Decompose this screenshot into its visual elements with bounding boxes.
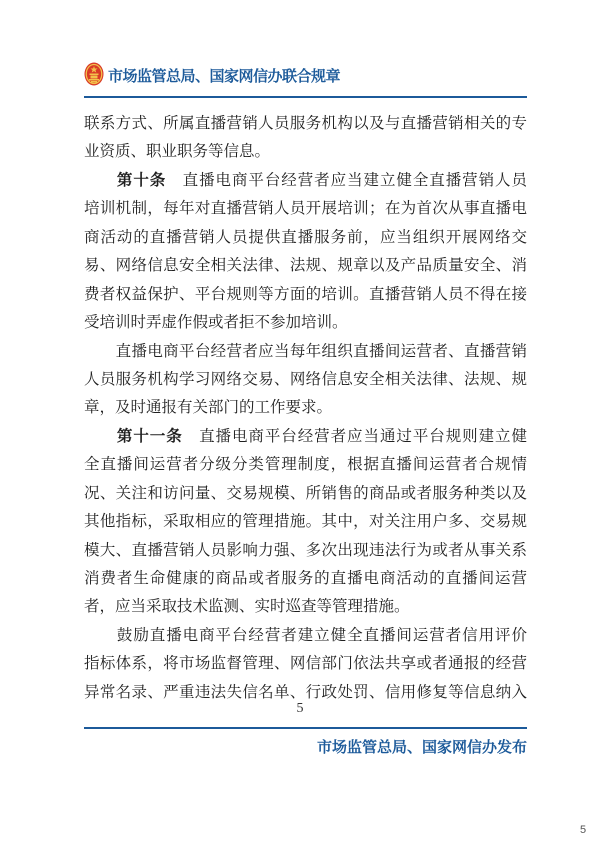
body-line: 易、网络信息安全相关法律、法规、规章以及产品质量安全、消 bbox=[84, 252, 527, 280]
page-header: 市场监管总局、国家网信办联合规章 bbox=[84, 61, 340, 89]
document-page: 市场监管总局、国家网信办联合规章 联系方式、所属直播营销人员服务机构以及与直播营… bbox=[0, 0, 600, 849]
body-line: 业资质、职业职务等信息。 bbox=[84, 138, 527, 166]
body-line: 其他指标，采取相应的管理措施。其中，对关注用户多、交易规 bbox=[84, 508, 527, 536]
header-title: 市场监管总局、国家网信办联合规章 bbox=[108, 65, 340, 86]
body-line: 受培训时弄虚作假或者拒不参加培训。 bbox=[84, 309, 527, 337]
header-rule bbox=[84, 96, 527, 98]
body-line: 章，及时通报有关部门的工作要求。 bbox=[84, 394, 527, 422]
body-line: 人员服务机构学习网络交易、网络信息安全相关法律、法规、规 bbox=[84, 366, 527, 394]
body-line: 商活动的直播营销人员提供直播服务前，应当组织开展网络交 bbox=[84, 224, 527, 252]
national-emblem-icon bbox=[84, 62, 104, 88]
body-line: 第十一条 直播电商平台经营者应当通过平台规则建立健 bbox=[84, 423, 527, 451]
body-line: 消费者生命健康的商品或者服务的直播电商活动的直播间运营 bbox=[84, 565, 527, 593]
body-line: 培训机制，每年对直播营销人员开展培训；在为首次从事直播电 bbox=[84, 195, 527, 223]
body-line: 鼓励直播电商平台经营者建立健全直播间运营者信用评价 bbox=[84, 622, 527, 650]
corner-page-number: 5 bbox=[580, 824, 586, 836]
body-line: 指标体系，将市场监督管理、网信部门依法共享或者通报的经营 bbox=[84, 650, 527, 678]
page-number: 5 bbox=[0, 701, 600, 717]
body-line: 者，应当采取技术监测、实时巡查等管理措施。 bbox=[84, 593, 527, 621]
body-text: 联系方式、所属直播营销人员服务机构以及与直播营销相关的专业资质、职业职务等信息。… bbox=[84, 110, 527, 707]
body-line: 联系方式、所属直播营销人员服务机构以及与直播营销相关的专 bbox=[84, 110, 527, 138]
body-line: 费者权益保护、平台规则等方面的培训。直播营销人员不得在接 bbox=[84, 281, 527, 309]
footer-publisher: 市场监管总局、国家网信办发布 bbox=[317, 736, 527, 757]
body-line: 况、关注和访问量、交易规模、所销售的商品或者服务种类以及 bbox=[84, 480, 527, 508]
body-line: 直播电商平台经营者应当每年组织直播间运营者、直播营销 bbox=[84, 338, 527, 366]
body-line: 全直播间运营者分级分类管理制度，根据直播间运营者合规情 bbox=[84, 451, 527, 479]
body-line: 第十条 直播电商平台经营者应当建立健全直播营销人员 bbox=[84, 167, 527, 195]
footer-rule bbox=[84, 727, 527, 729]
body-line: 模大、直播营销人员影响力强、多次出现违法行为或者从事关系 bbox=[84, 537, 527, 565]
